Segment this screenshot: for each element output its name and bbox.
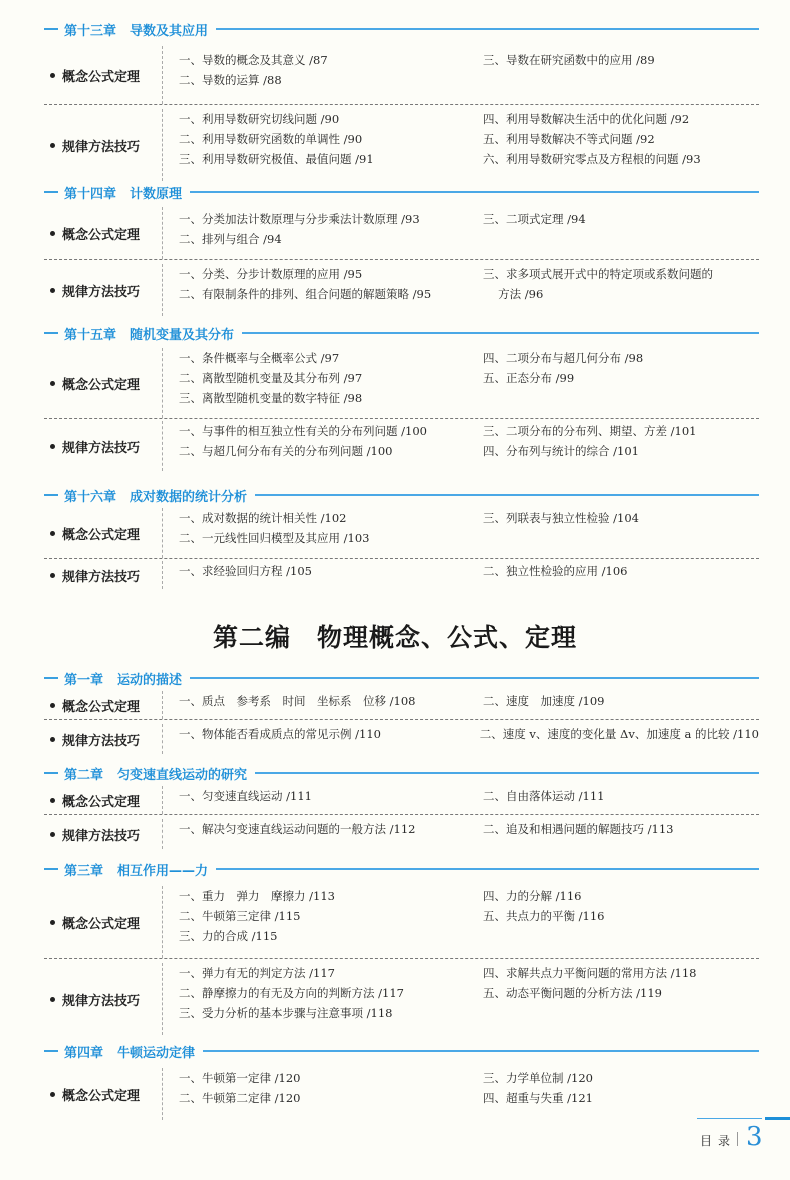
toc-entry[interactable]: 一、分类加法计数原理与分步乘法计数原理 /93 — [179, 209, 469, 229]
chapter-heading[interactable]: 第三章 相互作用——力 — [44, 858, 759, 880]
section-label: 规律方法技巧 — [44, 264, 162, 316]
toc-entry[interactable]: 二、速度 加速度 /109 — [483, 691, 759, 711]
toc-entry[interactable]: 三、求多项式展开式中的特定项或系数问题的 — [483, 264, 759, 284]
toc-entry[interactable]: 三、二项式定理 /94 — [483, 209, 759, 229]
entry-column-left: 一、分类加法计数原理与分步乘法计数原理 /93 二、排列与组合 /94 — [163, 207, 469, 259]
concept-block: 概念公式定理 一、成对数据的统计相关性 /102 二、一元线性回归模型及其应用 … — [44, 506, 759, 558]
toc-entry[interactable]: 一、条件概率与全概率公式 /97 — [179, 348, 469, 368]
method-block: 规律方法技巧 一、弹力有无的判定方法 /117 二、静摩擦力的有无及方向的判断方… — [44, 958, 759, 1035]
entry-column-right: 四、利用导数解决生活中的优化问题 /92 五、利用导数解决不等式问题 /92 六… — [469, 109, 759, 181]
section-label: 概念公式定理 — [44, 1068, 162, 1120]
entry-column-left: 一、条件概率与全概率公式 /97 二、离散型随机变量及其分布列 /97 三、离散… — [163, 348, 469, 418]
chapter-title: 计数原理 — [130, 183, 182, 202]
bullet-icon — [50, 288, 55, 293]
toc-entry[interactable]: 二、一元线性回归模型及其应用 /103 — [179, 528, 469, 548]
entry-column-left: 一、物体能否看成质点的常见示例 /110 — [163, 724, 466, 754]
entry-column-left: 一、质点 参考系 时间 坐标系 位移 /108 — [163, 691, 469, 719]
chapter-title: 相互作用——力 — [117, 860, 208, 879]
entry-column-right: 三、列联表与独立性检验 /104 — [469, 508, 759, 558]
toc-entry[interactable]: 五、利用导数解决不等式问题 /92 — [483, 129, 759, 149]
chapter-number: 第十五章 — [64, 324, 116, 343]
chapter-title: 成对数据的统计分析 — [130, 486, 247, 505]
toc-entry[interactable]: 四、超重与失重 /121 — [483, 1088, 759, 1108]
chapter-heading[interactable]: 第四章 牛顿运动定律 — [44, 1040, 759, 1062]
toc-entry[interactable]: 方法 /96 — [483, 284, 759, 304]
entry-column-right: 三、二项式定理 /94 — [469, 207, 759, 259]
method-block: 规律方法技巧 一、与事件的相互独立性有关的分布列问题 /100 二、与超几何分布… — [44, 418, 759, 471]
entry-column-left: 一、求经验回归方程 /105 — [163, 561, 469, 589]
toc-entry[interactable]: 四、求解共点力平衡问题的常用方法 /118 — [483, 963, 759, 983]
chapter-title: 导数及其应用 — [130, 20, 208, 39]
bullet-icon — [50, 444, 55, 449]
entry-column-left: 一、牛顿第一定律 /120 二、牛顿第二定律 /120 — [163, 1068, 469, 1120]
method-block: 规律方法技巧 一、分类、分步计数原理的应用 /95 二、有限制条件的排列、组合问… — [44, 259, 759, 316]
toc-entry[interactable]: 二、牛顿第三定律 /115 — [179, 906, 469, 926]
toc-entry[interactable]: 二、有限制条件的排列、组合问题的解题策略 /95 — [179, 284, 469, 304]
chapter-14: 第十四章 计数原理 概念公式定理 一、分类加法计数原理与分步乘法计数原理 /93… — [44, 181, 759, 316]
chapter-1: 第一章 运动的描述 概念公式定理 一、质点 参考系 时间 坐标系 位移 /108… — [44, 667, 759, 754]
dash-icon — [44, 1050, 58, 1052]
toc-entry[interactable]: 四、力的分解 /116 — [483, 886, 759, 906]
entry-column-right: 四、力的分解 /116 五、共点力的平衡 /116 — [469, 886, 759, 958]
page-number: 3 — [746, 1122, 763, 1152]
dash-icon — [44, 772, 58, 774]
chapter-rule — [216, 868, 759, 870]
entry-column-left: 一、成对数据的统计相关性 /102 二、一元线性回归模型及其应用 /103 — [163, 508, 469, 558]
method-block: 规律方法技巧 一、物体能否看成质点的常见示例 /110 二、速度 v、速度的变化… — [44, 719, 759, 754]
page-footer: 目录 3 — [0, 1118, 790, 1158]
toc-entry[interactable]: 二、导数的运算 /88 — [179, 70, 469, 90]
entry-column-right: 二、速度 v、速度的变化量 Δv、加速度 a 的比较 /110 — [466, 724, 759, 754]
bullet-icon — [50, 73, 55, 78]
concept-block: 概念公式定理 一、质点 参考系 时间 坐标系 位移 /108 二、速度 加速度 … — [44, 689, 759, 719]
chapter-number: 第一章 — [64, 669, 103, 688]
method-block: 规律方法技巧 一、利用导数研究切线问题 /90 二、利用导数研究函数的单调性 /… — [44, 104, 759, 181]
chapter-4: 第四章 牛顿运动定律 概念公式定理 一、牛顿第一定律 /120 二、牛顿第二定律… — [44, 1040, 759, 1120]
toc-entry[interactable]: 二、与超几何分布有关的分布列问题 /100 — [179, 441, 469, 461]
entry-column-left: 一、分类、分步计数原理的应用 /95 二、有限制条件的排列、组合问题的解题策略 … — [163, 264, 469, 316]
entry-column-left: 一、与事件的相互独立性有关的分布列问题 /100 二、与超几何分布有关的分布列问… — [163, 421, 469, 471]
entry-column-right: 三、二项分布的分布列、期望、方差 /101 四、分布列与统计的综合 /101 — [469, 421, 759, 471]
chapter-title: 牛顿运动定律 — [117, 1042, 195, 1061]
chapter-number: 第十六章 — [64, 486, 116, 505]
section-label: 规律方法技巧 — [44, 109, 162, 181]
section-label: 概念公式定理 — [44, 207, 162, 259]
chapter-2: 第二章 匀变速直线运动的研究 概念公式定理 一、匀变速直线运动 /111 二、自… — [44, 762, 759, 849]
toc-entry[interactable]: 二、自由落体运动 /111 — [483, 786, 759, 806]
toc-entry[interactable]: 二、离散型随机变量及其分布列 /97 — [179, 368, 469, 388]
section-label: 规律方法技巧 — [44, 561, 162, 589]
dash-icon — [44, 494, 58, 496]
toc-entry[interactable]: 一、导数的概念及其意义 /87 — [179, 50, 469, 70]
toc-entry[interactable]: 六、利用导数研究零点及方程根的问题 /93 — [483, 149, 759, 169]
toc-entry[interactable]: 三、导数在研究函数中的应用 /89 — [483, 50, 759, 70]
dash-icon — [44, 28, 58, 30]
chapter-number: 第四章 — [64, 1042, 103, 1061]
concept-block: 概念公式定理 一、条件概率与全概率公式 /97 二、离散型随机变量及其分布列 /… — [44, 344, 759, 418]
dash-icon — [44, 868, 58, 870]
toc-entry[interactable]: 一、牛顿第一定律 /120 — [179, 1068, 469, 1088]
bullet-icon — [50, 997, 55, 1002]
entry-column-left: 一、解决匀变速直线运动问题的一般方法 /112 — [163, 819, 469, 849]
bullet-icon — [50, 381, 55, 386]
footer-accent — [765, 1117, 790, 1120]
entry-column-left: 一、重力 弹力 摩擦力 /113 二、牛顿第三定律 /115 三、力的合成 /1… — [163, 886, 469, 958]
section-label: 概念公式定理 — [44, 46, 162, 104]
chapter-3: 第三章 相互作用——力 概念公式定理 一、重力 弹力 摩擦力 /113 二、牛顿… — [44, 858, 759, 1035]
toc-entry[interactable]: 二、利用导数研究函数的单调性 /90 — [179, 129, 469, 149]
bullet-icon — [50, 737, 55, 742]
footer-label: 目录 — [700, 1132, 736, 1149]
toc-entry[interactable]: 三、力的合成 /115 — [179, 926, 469, 946]
entry-column-right: 二、自由落体运动 /111 — [469, 786, 759, 814]
toc-entry[interactable]: 一、分类、分步计数原理的应用 /95 — [179, 264, 469, 284]
bullet-icon — [50, 920, 55, 925]
entry-column-left: 一、导数的概念及其意义 /87 二、导数的运算 /88 — [163, 46, 469, 104]
section-label: 规律方法技巧 — [44, 819, 162, 849]
concept-block: 概念公式定理 一、导数的概念及其意义 /87 二、导数的运算 /88 三、导数在… — [44, 40, 759, 104]
chapter-heading[interactable]: 第一章 运动的描述 — [44, 667, 759, 689]
section-label: 概念公式定理 — [44, 886, 162, 958]
bullet-icon — [50, 798, 55, 803]
chapter-16: 第十六章 成对数据的统计分析 概念公式定理 一、成对数据的统计相关性 /102 … — [44, 484, 759, 589]
toc-entry[interactable]: 二、静摩擦力的有无及方向的判断方法 /117 — [179, 983, 469, 1003]
entry-column-right: 三、求多项式展开式中的特定项或系数问题的 方法 /96 — [469, 264, 759, 316]
concept-block: 概念公式定理 一、牛顿第一定律 /120 二、牛顿第二定律 /120 三、力学单… — [44, 1062, 759, 1120]
entry-column-right: 三、力学单位制 /120 四、超重与失重 /121 — [469, 1068, 759, 1120]
footer-divider — [737, 1132, 738, 1146]
toc-entry[interactable]: 三、离散型随机变量的数字特征 /98 — [179, 388, 469, 408]
toc-entry[interactable]: 三、利用导数研究极值、最值问题 /91 — [179, 149, 469, 169]
toc-entry[interactable]: 一、求经验回归方程 /105 — [179, 561, 469, 581]
section-label: 规律方法技巧 — [44, 421, 162, 471]
toc-entry[interactable]: 四、分布列与统计的综合 /101 — [483, 441, 759, 461]
entry-column-right: 四、二项分布与超几何分布 /98 五、正态分布 /99 — [469, 348, 759, 418]
section-label: 规律方法技巧 — [44, 724, 162, 754]
toc-entry[interactable]: 一、利用导数研究切线问题 /90 — [179, 109, 469, 129]
concept-block: 概念公式定理 一、分类加法计数原理与分步乘法计数原理 /93 二、排列与组合 /… — [44, 203, 759, 259]
section-label: 规律方法技巧 — [44, 963, 162, 1035]
chapter-number: 第三章 — [64, 860, 103, 879]
chapter-heading[interactable]: 第十六章 成对数据的统计分析 — [44, 484, 759, 506]
chapter-rule — [190, 191, 759, 193]
chapter-rule — [255, 772, 759, 774]
toc-entry[interactable]: 五、共点力的平衡 /116 — [483, 906, 759, 926]
chapter-number: 第十四章 — [64, 183, 116, 202]
chapter-rule — [216, 28, 759, 30]
toc-entry[interactable]: 四、利用导数解决生活中的优化问题 /92 — [483, 109, 759, 129]
chapter-heading[interactable]: 第十三章 导数及其应用 — [44, 18, 759, 40]
toc-entry[interactable]: 三、列联表与独立性检验 /104 — [483, 508, 759, 528]
toc-entry[interactable]: 三、力学单位制 /120 — [483, 1068, 759, 1088]
toc-entry[interactable]: 一、匀变速直线运动 /111 — [179, 786, 469, 806]
entry-column-right: 二、速度 加速度 /109 — [469, 691, 759, 719]
toc-entry[interactable]: 一、成对数据的统计相关性 /102 — [179, 508, 469, 528]
dash-icon — [44, 191, 58, 193]
part-title: 第二编 物理概念、公式、定理 — [0, 618, 790, 654]
method-block: 规律方法技巧 一、求经验回归方程 /105 二、独立性检验的应用 /106 — [44, 558, 759, 589]
chapter-title: 匀变速直线运动的研究 — [117, 764, 247, 783]
chapter-title: 运动的描述 — [117, 669, 182, 688]
entry-column-right: 三、导数在研究函数中的应用 /89 — [469, 46, 759, 104]
chapter-rule — [190, 677, 759, 679]
chapter-15: 第十五章 随机变量及其分布 概念公式定理 一、条件概率与全概率公式 /97 二、… — [44, 322, 759, 471]
chapter-rule — [242, 332, 759, 334]
chapter-rule — [255, 494, 759, 496]
concept-block: 概念公式定理 一、重力 弹力 摩擦力 /113 二、牛顿第三定律 /115 三、… — [44, 880, 759, 958]
bullet-icon — [50, 1092, 55, 1097]
chapter-13: 第十三章 导数及其应用 概念公式定理 一、导数的概念及其意义 /87 二、导数的… — [44, 18, 759, 181]
chapter-number: 第十三章 — [64, 20, 116, 39]
entry-column-right: 二、追及和相遇问题的解题技巧 /113 — [469, 819, 759, 849]
chapter-rule — [203, 1050, 759, 1052]
toc-entry[interactable]: 一、解决匀变速直线运动问题的一般方法 /112 — [179, 819, 469, 839]
toc-entry[interactable]: 二、独立性检验的应用 /106 — [483, 561, 759, 581]
chapter-heading[interactable]: 第二章 匀变速直线运动的研究 — [44, 762, 759, 784]
toc-entry[interactable]: 二、速度 v、速度的变化量 Δv、加速度 a 的比较 /110 — [480, 724, 759, 744]
entry-column-left: 一、匀变速直线运动 /111 — [163, 786, 469, 814]
entry-column-right: 二、独立性检验的应用 /106 — [469, 561, 759, 589]
chapter-title: 随机变量及其分布 — [130, 324, 234, 343]
toc-entry[interactable]: 五、动态平衡问题的分析方法 /119 — [483, 983, 759, 1003]
toc-entry[interactable]: 一、弹力有无的判定方法 /117 — [179, 963, 469, 983]
entry-column-left: 一、弹力有无的判定方法 /117 二、静摩擦力的有无及方向的判断方法 /117 … — [163, 963, 469, 1035]
dash-icon — [44, 677, 58, 679]
chapter-heading[interactable]: 第十五章 随机变量及其分布 — [44, 322, 759, 344]
section-label: 概念公式定理 — [44, 348, 162, 418]
bullet-icon — [50, 143, 55, 148]
footer-rule — [697, 1118, 762, 1119]
method-block: 规律方法技巧 一、解决匀变速直线运动问题的一般方法 /112 二、追及和相遇问题… — [44, 814, 759, 849]
entry-column-right: 四、求解共点力平衡问题的常用方法 /118 五、动态平衡问题的分析方法 /119 — [469, 963, 759, 1035]
toc-entry[interactable]: 一、与事件的相互独立性有关的分布列问题 /100 — [179, 421, 469, 441]
toc-entry[interactable]: 三、受力分析的基本步骤与注意事项 /118 — [179, 1003, 469, 1023]
chapter-heading[interactable]: 第十四章 计数原理 — [44, 181, 759, 203]
toc-entry[interactable]: 二、排列与组合 /94 — [179, 229, 469, 249]
toc-page: 第十三章 导数及其应用 概念公式定理 一、导数的概念及其意义 /87 二、导数的… — [0, 0, 790, 1180]
chapter-number: 第二章 — [64, 764, 103, 783]
section-label: 概念公式定理 — [44, 508, 162, 558]
toc-entry[interactable]: 五、正态分布 /99 — [483, 368, 759, 388]
toc-entry[interactable]: 二、牛顿第二定律 /120 — [179, 1088, 469, 1108]
toc-entry[interactable]: 一、质点 参考系 时间 坐标系 位移 /108 — [179, 691, 469, 711]
toc-entry[interactable]: 四、二项分布与超几何分布 /98 — [483, 348, 759, 368]
section-label: 概念公式定理 — [44, 786, 162, 814]
bullet-icon — [50, 832, 55, 837]
entry-column-left: 一、利用导数研究切线问题 /90 二、利用导数研究函数的单调性 /90 三、利用… — [163, 109, 469, 181]
toc-entry[interactable]: 二、追及和相遇问题的解题技巧 /113 — [483, 819, 759, 839]
concept-block: 概念公式定理 一、匀变速直线运动 /111 二、自由落体运动 /111 — [44, 784, 759, 814]
bullet-icon — [50, 231, 55, 236]
bullet-icon — [50, 573, 55, 578]
section-label: 概念公式定理 — [44, 691, 162, 719]
toc-entry[interactable]: 一、物体能否看成质点的常见示例 /110 — [179, 724, 466, 744]
toc-entry[interactable]: 三、二项分布的分布列、期望、方差 /101 — [483, 421, 759, 441]
bullet-icon — [50, 531, 55, 536]
toc-entry[interactable]: 一、重力 弹力 摩擦力 /113 — [179, 886, 469, 906]
dash-icon — [44, 332, 58, 334]
bullet-icon — [50, 703, 55, 708]
